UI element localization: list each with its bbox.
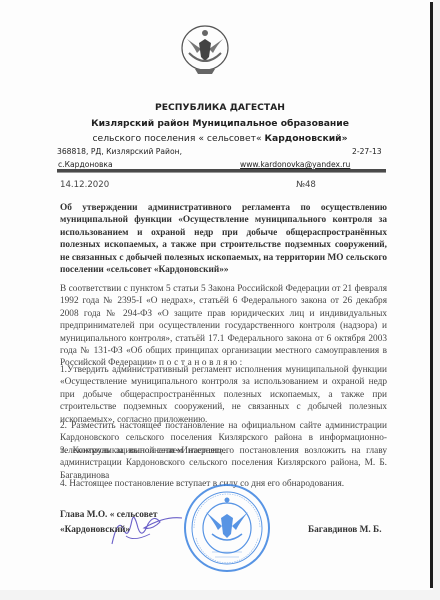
document-number: №48 (296, 180, 316, 190)
republic-title: РЕСПУБЛИКА ДАГЕСТАН (0, 102, 440, 113)
intro-text: В соответствии с пунктом 5 статьи 5 Зако… (60, 284, 387, 368)
settlement-name: Кардоновский» (265, 133, 348, 144)
settlement-prefix: сельского поселения « сельсовет« (92, 133, 264, 144)
intro-paragraph: В соответствии с пунктом 5 статьи 5 Зако… (60, 283, 387, 370)
district-line: Кизлярский район Муниципальное образован… (0, 118, 440, 129)
signatory-title-line-2: «Кардоновский» (60, 525, 130, 535)
document-date: 14.12.2020 (60, 180, 109, 190)
item-3: 3. Контроль за выполнением настоящего по… (60, 445, 387, 482)
dagestan-coat-of-arms-icon (179, 23, 231, 77)
phone-number: 2-27-13 (352, 147, 382, 156)
official-stamp-icon (182, 482, 272, 574)
address-line-2: с.Кардоновка (58, 160, 113, 169)
document-subject: Об утверждении административного регламе… (60, 202, 387, 276)
signatory-name: Багавдинов М. Б. (308, 525, 382, 535)
item-1: 1.Утвердить административный регламент и… (60, 364, 387, 426)
email-link[interactable]: www.kardonovka@yandex.ru (240, 160, 350, 169)
address-line-1: 368818, РД, Кизлярский Район, (57, 147, 182, 156)
signatory-title-line-1: Глава М.О. « сельсовет (60, 510, 157, 520)
document-page: РЕСПУБЛИКА ДАГЕСТАН Кизлярский район Мун… (0, 0, 440, 600)
header-divider (57, 169, 386, 173)
settlement-line: сельского поселения « сельсовет« Кардоно… (0, 133, 440, 144)
scan-edge-line (430, 2, 433, 588)
scan-bottom-strip (0, 590, 440, 600)
scan-edge-shade (433, 0, 440, 600)
